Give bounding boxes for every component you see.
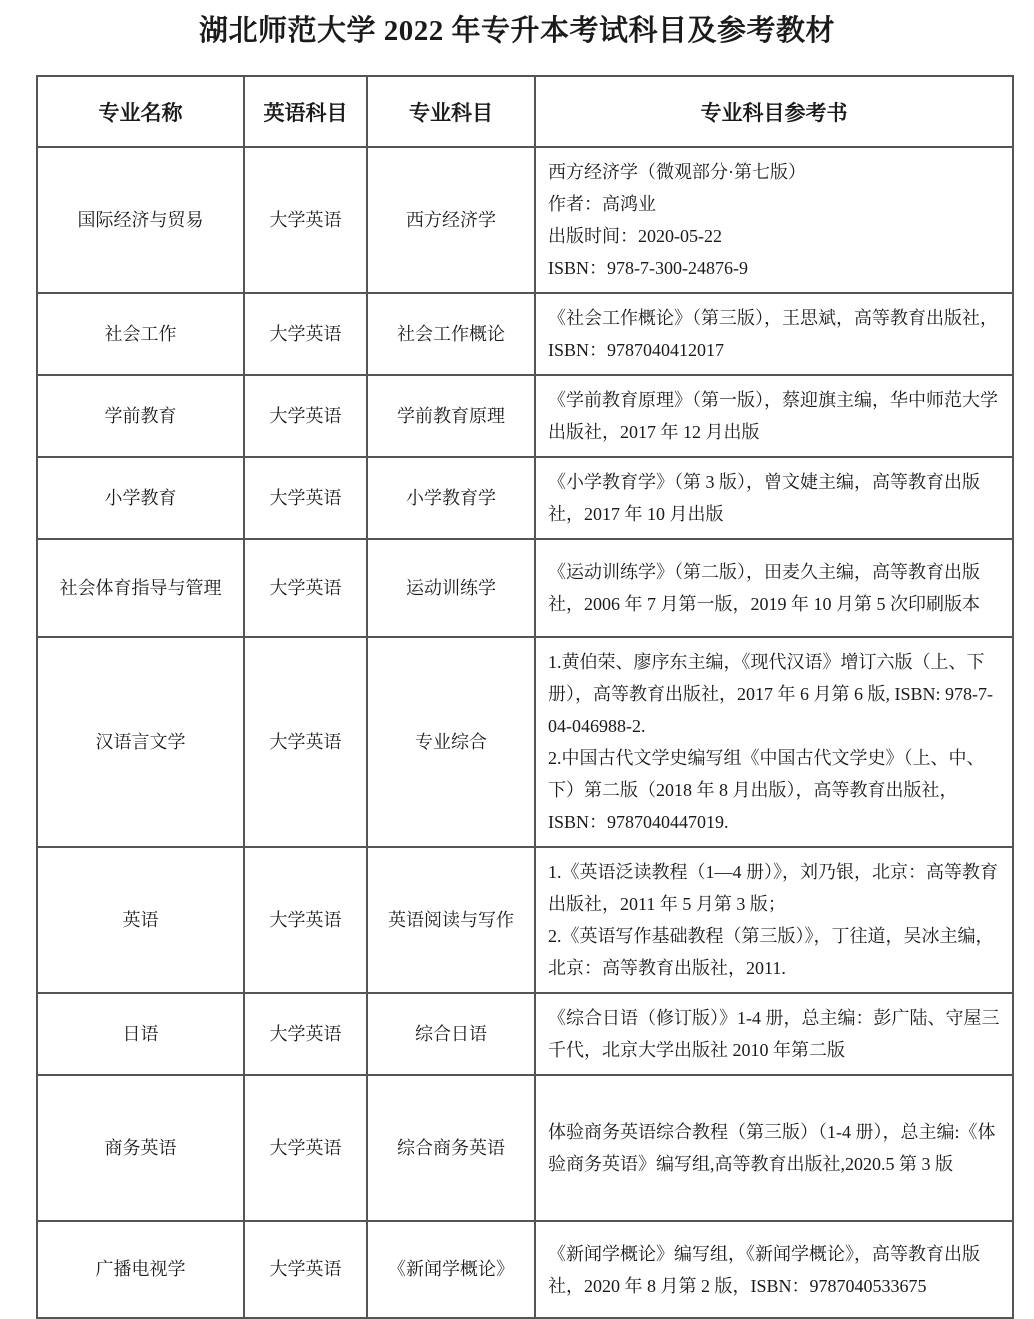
header-major: 专业名称 [37,76,244,147]
reference-cell: 《运动训练学》（第二版），田麦久主编，高等教育出版社，2006 年 7 月第一版… [535,539,1013,637]
major-cell: 英语 [37,847,244,993]
reference-cell: 《小学教育学》（第 3 版），曾文婕主编，高等教育出版社，2017 年 10 月… [535,457,1013,539]
professional-subject-cell: 专业综合 [367,637,535,847]
major-cell: 学前教育 [37,375,244,457]
header-english-subject: 英语科目 [244,76,367,147]
major-cell: 社会体育指导与管理 [37,539,244,637]
table-row: 广播电视学 大学英语 《新闻学概论》 《新闻学概论》编写组，《新闻学概论》，高等… [37,1221,1013,1318]
reference-cell: 《学前教育原理》（第一版），蔡迎旗主编，华中师范大学出版社，2017 年 12 … [535,375,1013,457]
header-reference-books: 专业科目参考书 [535,76,1013,147]
table-header-row: 专业名称 英语科目 专业科目 专业科目参考书 [37,76,1013,147]
english-subject-cell: 大学英语 [244,375,367,457]
english-subject-cell: 大学英语 [244,993,367,1075]
english-subject-cell: 大学英语 [244,293,367,375]
major-cell: 汉语言文学 [37,637,244,847]
table-row: 商务英语 大学英语 综合商务英语 体验商务英语综合教程（第三版）（1-4 册），… [37,1075,1013,1221]
english-subject-cell: 大学英语 [244,539,367,637]
page-title: 湖北师范大学 2022 年专升本考试科目及参考教材 [0,0,1034,49]
major-cell: 广播电视学 [37,1221,244,1318]
professional-subject-cell: 运动训练学 [367,539,535,637]
document-page: 湖北师范大学 2022 年专升本考试科目及参考教材 专业名称 英语科目 专业科目… [0,0,1034,1249]
major-cell: 社会工作 [37,293,244,375]
major-cell: 日语 [37,993,244,1075]
reference-cell: 体验商务英语综合教程（第三版）（1-4 册），总主编:《体验商务英语》编写组,高… [535,1075,1013,1221]
professional-subject-cell: 综合日语 [367,993,535,1075]
table-row: 社会工作 大学英语 社会工作概论 《社会工作概论》（第三版），王思斌，高等教育出… [37,293,1013,375]
english-subject-cell: 大学英语 [244,637,367,847]
professional-subject-cell: 西方经济学 [367,147,535,293]
table-row: 英语 大学英语 英语阅读与写作 1.《英语泛读教程（1—4 册）》，刘乃银，北京… [37,847,1013,993]
table-row: 日语 大学英语 综合日语 《综合日语（修订版）》1-4 册，总主编：彭广陆、守屋… [37,993,1013,1075]
major-cell: 商务英语 [37,1075,244,1221]
english-subject-cell: 大学英语 [244,457,367,539]
reference-cell: 《社会工作概论》（第三版），王思斌，高等教育出版社，ISBN：978704041… [535,293,1013,375]
professional-subject-cell: 综合商务英语 [367,1075,535,1221]
table-row: 社会体育指导与管理 大学英语 运动训练学 《运动训练学》（第二版），田麦久主编，… [37,539,1013,637]
professional-subject-cell: 社会工作概论 [367,293,535,375]
reference-cell: 1.黄伯荣、廖序东主编，《现代汉语》增订六版（上、下册），高等教育出版社，201… [535,637,1013,847]
major-cell: 国际经济与贸易 [37,147,244,293]
reference-cell: 《新闻学概论》编写组，《新闻学概论》，高等教育出版社，2020 年 8 月第 2… [535,1221,1013,1318]
table-row: 学前教育 大学英语 学前教育原理 《学前教育原理》（第一版），蔡迎旗主编，华中师… [37,375,1013,457]
professional-subject-cell: 小学教育学 [367,457,535,539]
table-row: 国际经济与贸易 大学英语 西方经济学 西方经济学（微观部分·第七版） 作者：高鸿… [37,147,1013,293]
reference-cell: 1.《英语泛读教程（1—4 册）》，刘乃银，北京：高等教育出版社，2011 年 … [535,847,1013,993]
reference-cell: 西方经济学（微观部分·第七版） 作者：高鸿业 出版时间：2020-05-22 I… [535,147,1013,293]
professional-subject-cell: 英语阅读与写作 [367,847,535,993]
professional-subject-cell: 学前教育原理 [367,375,535,457]
table-row: 汉语言文学 大学英语 专业综合 1.黄伯荣、廖序东主编，《现代汉语》增订六版（上… [37,637,1013,847]
professional-subject-cell: 《新闻学概论》 [367,1221,535,1318]
header-professional-subject: 专业科目 [367,76,535,147]
table-row: 小学教育 大学英语 小学教育学 《小学教育学》（第 3 版），曾文婕主编，高等教… [37,457,1013,539]
major-cell: 小学教育 [37,457,244,539]
english-subject-cell: 大学英语 [244,147,367,293]
english-subject-cell: 大学英语 [244,847,367,993]
english-subject-cell: 大学英语 [244,1221,367,1318]
exam-subjects-table: 专业名称 英语科目 专业科目 专业科目参考书 国际经济与贸易 大学英语 西方经济… [36,75,1014,1319]
english-subject-cell: 大学英语 [244,1075,367,1221]
reference-cell: 《综合日语（修订版）》1-4 册，总主编：彭广陆、守屋三千代，北京大学出版社 2… [535,993,1013,1075]
